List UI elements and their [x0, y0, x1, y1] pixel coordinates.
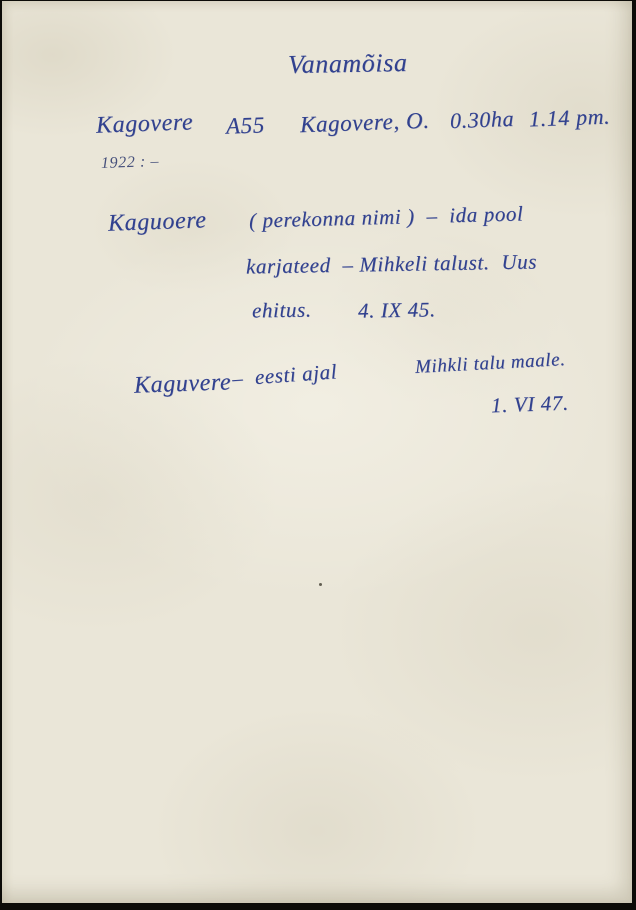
- entry-note-line: ehitus.: [252, 297, 312, 323]
- area-hectares: 0.30ha: [450, 106, 515, 134]
- entry-date: 1. VI 47.: [491, 391, 570, 419]
- area-secondary: 1.14 pm.: [529, 104, 611, 133]
- entry-note-line: karjateed – Mihkeli talust. Uus: [246, 249, 537, 279]
- entry-headword: Kaguoere: [108, 207, 207, 237]
- paper-speck: [319, 583, 322, 586]
- place-name: Kagovere: [96, 109, 194, 139]
- year-note: 1922 : –: [101, 153, 160, 173]
- card-title: Vanamõisa: [288, 48, 408, 80]
- place-locative: Kagovere, O.: [300, 108, 430, 139]
- scanned-paper-card: Vanamõisa Kagovere A55 Kagovere, O. 0.30…: [2, 1, 632, 903]
- map-code: A55: [226, 112, 266, 139]
- entry-note-line: Mihkli talu maale.: [415, 349, 567, 379]
- entry-note-line: ( perekonna nimi ) – ida pool: [249, 201, 524, 233]
- entry-date: 4. IX 45.: [358, 297, 436, 323]
- entry-headword: Kaguvere: [134, 369, 232, 399]
- entry-note-line: – eesti ajal: [231, 359, 338, 391]
